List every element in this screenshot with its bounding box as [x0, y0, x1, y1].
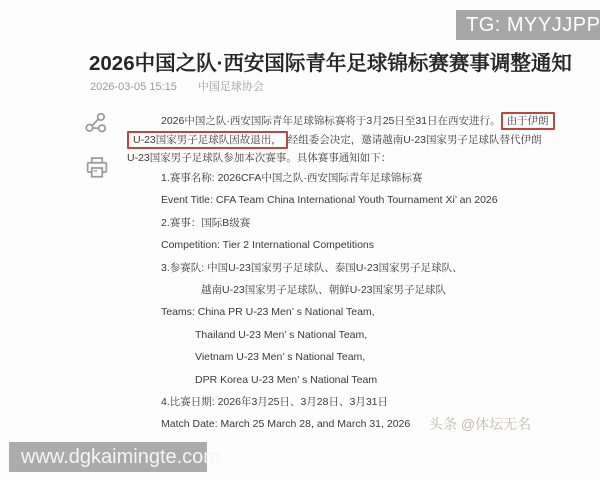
detail-line-event-name-en: Event Title: CFA Team China Internationa… [127, 189, 557, 211]
intro-line-1-text: 2026中国之队·西安国际青年足球锦标赛将于3月25日至31日在西安进行。 [161, 115, 501, 127]
article: 2026中国之队·西安国际青年足球锦标赛赛事调整通知 2026-03-05 15… [0, 0, 600, 480]
detail-line-teams-en-1: Teams: China PR U-23 Men’ s National Tea… [127, 301, 557, 323]
publish-date: 2026-03-05 15:15 [90, 81, 177, 93]
detail-line-competition-cn: 2.赛事：国际B级赛 [127, 212, 557, 234]
toutiao-watermark: 头条 @体坛无名 [429, 414, 531, 434]
page: 2026中国之队·西安国际青年足球锦标赛赛事调整通知 2026-03-05 15… [0, 0, 600, 480]
detail-line-teams-en-3: Vietnam U-23 Men’ s National Team, [127, 346, 557, 368]
highlight-box-2: U-23国家男子足球队因故退出， [127, 131, 288, 149]
article-title: 2026中国之队·西安国际青年足球锦标赛赛事调整通知 [89, 46, 572, 76]
source-name: 中国足球协会 [198, 81, 264, 93]
intro-line-3: U-23国家男子足球队参加本次赛事。具体赛事通知如下： [127, 149, 547, 168]
tg-watermark-banner: TG: MYYJJPP [456, 10, 600, 40]
detail-line-teams-cn-2: 越南U-23国家男子足球队、朝鲜U-23国家男子足球队 [127, 279, 557, 301]
intro-line-2-text: 经组委会决定，邀请越南U-23国家男子足球队替代伊朗 [288, 134, 542, 146]
site-watermark-banner: www.dgkaimingte.com [9, 442, 207, 472]
intro-line-2: U-23国家男子足球队因故退出，经组委会决定，邀请越南U-23国家男子足球队替代… [127, 131, 547, 150]
detail-line-teams-en-2: Thailand U-23 Men’ s National Team, [127, 324, 557, 346]
detail-line-teams-en-4: DPR Korea U-23 Men’ s National Team [127, 369, 557, 391]
intro-line-1: 2026中国之队·西安国际青年足球锦标赛将于3月25日至31日在西安进行。由于伊… [127, 112, 547, 131]
share-icon[interactable] [83, 111, 113, 142]
detail-line-event-name-cn: 1.赛事名称: 2026CFA中国之队·西安国际青年足球锦标赛 [127, 167, 557, 189]
detail-list: 1.赛事名称: 2026CFA中国之队·西安国际青年足球锦标赛 Event Ti… [127, 167, 557, 436]
detail-line-competition-en: Competition: Tier 2 International Compet… [127, 234, 557, 256]
article-meta: 2026-03-05 15:15 中国足球协会 [90, 78, 264, 94]
highlight-box-1: 由于伊朗 [501, 112, 555, 130]
article-toolbar [83, 111, 113, 199]
printer-icon[interactable] [83, 154, 113, 187]
detail-line-teams-cn-1: 3.参赛队: 中国U-23国家男子足球队、泰国U-23国家男子足球队、 [127, 257, 557, 279]
intro-paragraph: 2026中国之队·西安国际青年足球锦标赛将于3月25日至31日在西安进行。由于伊… [127, 112, 547, 168]
detail-line-dates-cn: 4.比赛日期: 2026年3月25日、3月28日、3月31日 [127, 391, 557, 413]
